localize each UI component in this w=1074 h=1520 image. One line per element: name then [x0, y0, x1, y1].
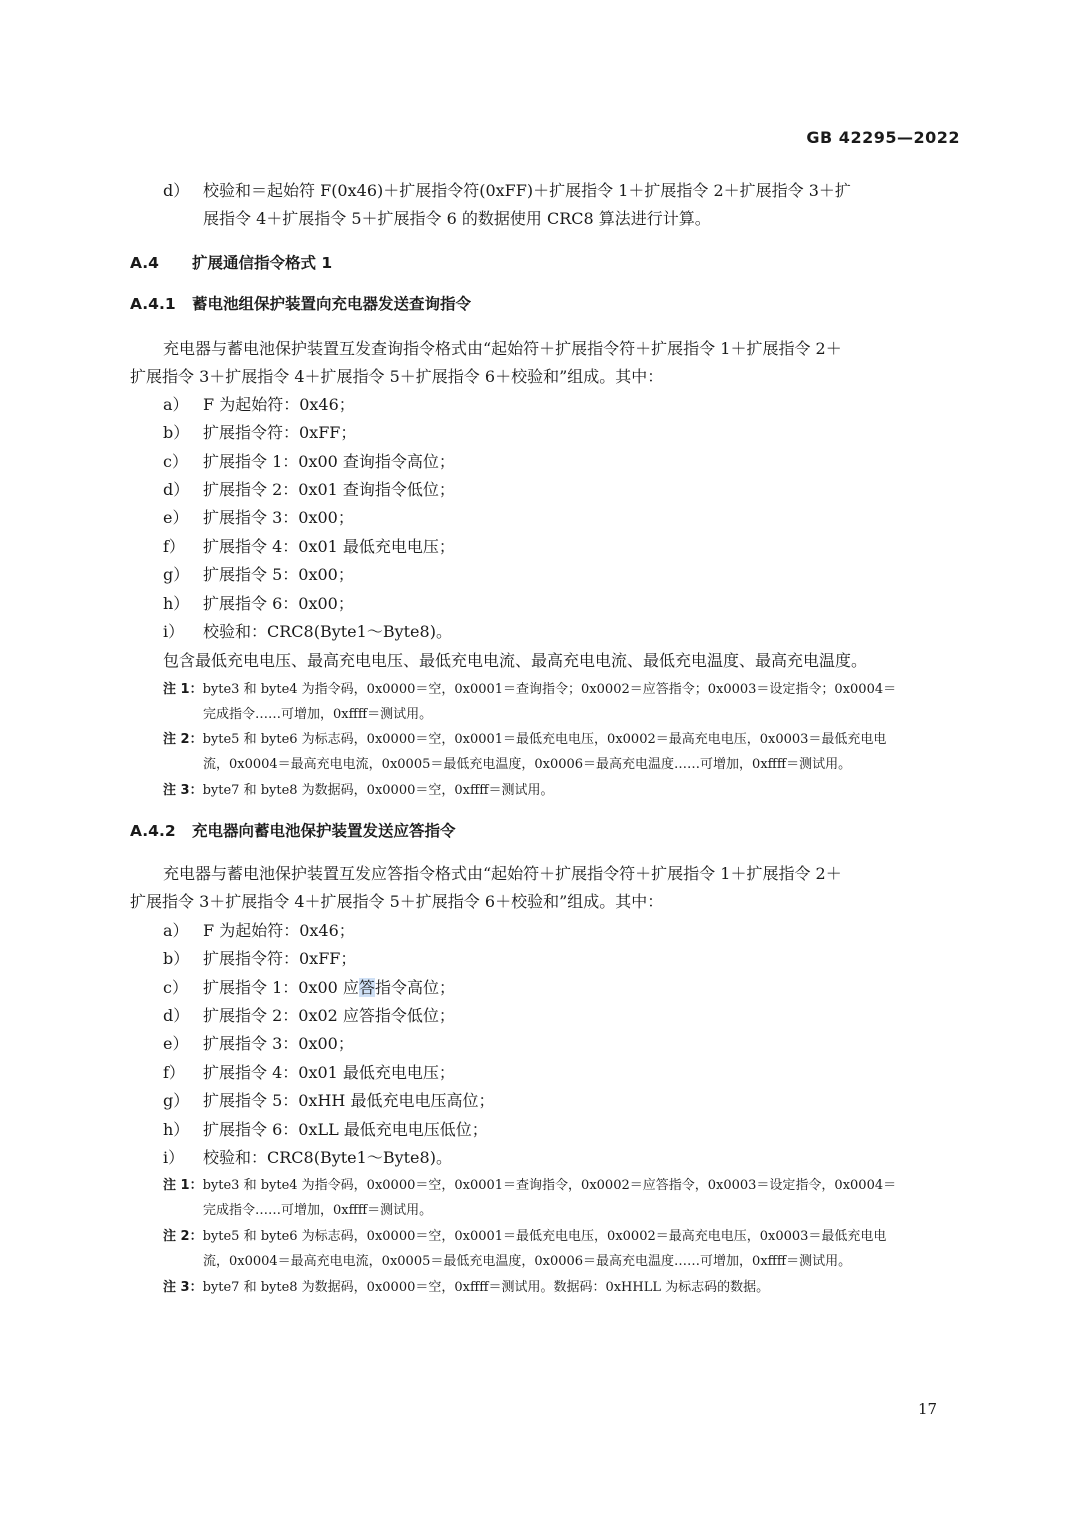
- item-text: F 为起始符：0x46；: [203, 921, 355, 940]
- item-label: d）: [163, 1003, 203, 1026]
- list-item: g）扩展指令 5：0xHH 最低充电电压高位；: [163, 1088, 494, 1111]
- note-1-continuation: 完成指令……可增加，0xffff＝测试用。: [203, 1199, 432, 1218]
- document-page: GB 42295—2022 d）校验和＝起始符 F(0x46)＋扩展指令符(0x…: [0, 0, 1074, 1520]
- page-number: 17: [918, 1400, 937, 1418]
- list-item: d）扩展指令 2：0x01 查询指令低位；: [163, 477, 455, 500]
- note-1: 注 1：byte3 和 byte4 为指令码，0x0000＝空，0x0001＝查…: [163, 678, 896, 697]
- paragraph-line: 充电器与蓄电池保护装置互发查询指令格式由“起始符＋扩展指令符＋扩展指令 1＋扩展…: [163, 336, 842, 359]
- note-tag: 注 2：: [163, 1229, 203, 1244]
- section-heading-a42: A.4.2充电器向蓄电池保护装置发送应答指令: [130, 819, 456, 841]
- list-item: f）扩展指令 4：0x01 最低充电电压；: [163, 534, 455, 557]
- note-text: byte7 和 byte8 为数据码，0x0000＝空，0xffff＝测试用。数…: [203, 1280, 770, 1295]
- note-1-continuation: 完成指令……可增加，0xffff＝测试用。: [203, 703, 432, 722]
- list-item: b）扩展指令符：0xFF；: [163, 420, 356, 443]
- item-label: h）: [163, 1117, 203, 1140]
- item-label: b）: [163, 420, 203, 443]
- note-2: 注 2：byte5 和 byte6 为标志码，0x0000＝空，0x0001＝最…: [163, 728, 886, 747]
- paragraph-line: 扩展指令 3＋扩展指令 4＋扩展指令 5＋扩展指令 6＋校验和”组成。其中：: [130, 889, 663, 912]
- item-text: 扩展指令 4：0x01 最低充电电压；: [203, 1063, 455, 1082]
- item-text: 扩展指令 2：0x01 查询指令低位；: [203, 480, 455, 499]
- item-label: h）: [163, 591, 203, 614]
- list-item: c）扩展指令 1：0x00 查询指令高位；: [163, 449, 455, 472]
- item-label: c）: [163, 449, 203, 472]
- item-text: 扩展指令符：0xFF；: [203, 423, 356, 442]
- item-label: g）: [163, 562, 203, 585]
- note-3: 注 3：byte7 和 byte8 为数据码，0x0000＝空，0xffff＝测…: [163, 1276, 769, 1295]
- item-text: 扩展指令 5：0xHH 最低充电电压高位；: [203, 1091, 494, 1110]
- item-text: 校验和＝起始符 F(0x46)＋扩展指令符(0xFF)＋扩展指令 1＋扩展指令 …: [203, 181, 851, 200]
- item-label: i）: [163, 1145, 203, 1168]
- item-text: 校验和：CRC8(Byte1～Byte8)。: [203, 1148, 452, 1167]
- section-title: 扩展通信指令格式 1: [192, 254, 332, 272]
- list-item: c）扩展指令 1：0x00 应答指令高位；: [163, 975, 455, 998]
- item-text: 扩展指令 5：0x00；: [203, 565, 354, 584]
- section-title: 充电器向蓄电池保护装置发送应答指令: [192, 822, 456, 840]
- note-3: 注 3：byte7 和 byte8 为数据码，0x0000＝空，0xffff＝测…: [163, 779, 553, 798]
- note-1: 注 1：byte3 和 byte4 为指令码，0x0000＝空，0x0001＝查…: [163, 1174, 896, 1193]
- list-item: h）扩展指令 6：0xLL 最低充电电压低位；: [163, 1117, 488, 1140]
- list-item: a）F 为起始符：0x46；: [163, 392, 355, 415]
- note-text: byte5 和 byte6 为标志码，0x0000＝空，0x0001＝最低充电电…: [203, 732, 887, 747]
- item-label: i）: [163, 619, 203, 642]
- item-text: F 为起始符：0x46；: [203, 395, 355, 414]
- list-item: g）扩展指令 5：0x00；: [163, 562, 354, 585]
- note-text: byte7 和 byte8 为数据码，0x0000＝空，0xffff＝测试用。: [203, 783, 554, 798]
- section-title: 蓄电池组保护装置向充电器发送查询指令: [192, 295, 471, 313]
- item-label: a）: [163, 392, 203, 415]
- item-text: 扩展指令符：0xFF；: [203, 949, 356, 968]
- note-text: byte3 和 byte4 为指令码，0x0000＝空，0x0001＝查询指令；…: [203, 682, 897, 697]
- note-tag: 注 1：: [163, 1178, 203, 1193]
- section-number: A.4.1: [130, 295, 192, 313]
- list-item: e）扩展指令 3：0x00；: [163, 1031, 354, 1054]
- item-text: 校验和：CRC8(Byte1～Byte8)。: [203, 622, 452, 641]
- note-2-continuation: 流，0x0004＝最高充电电流，0x0005＝最低充电温度，0x0006＝最高充…: [203, 753, 851, 772]
- item-label: a）: [163, 918, 203, 941]
- item-label: e）: [163, 505, 203, 528]
- section-number: A.4.2: [130, 822, 192, 840]
- item-text: 扩展指令 3：0x00；: [203, 508, 354, 527]
- section-number: A.4: [130, 254, 192, 272]
- note-text: byte3 和 byte4 为指令码，0x0000＝空，0x0001＝查询指令，…: [203, 1178, 897, 1193]
- note-tag: 注 1：: [163, 682, 203, 697]
- list-item: f）扩展指令 4：0x01 最低充电电压；: [163, 1060, 455, 1083]
- list-item: i）校验和：CRC8(Byte1～Byte8)。: [163, 1145, 452, 1168]
- item-text: 扩展指令 3：0x00；: [203, 1034, 354, 1053]
- item-text: 扩展指令 2：0x02 应答指令低位；: [203, 1006, 455, 1025]
- paragraph-line: 充电器与蓄电池保护装置互发应答指令格式由“起始符＋扩展指令符＋扩展指令 1＋扩展…: [163, 861, 842, 884]
- item-label: b）: [163, 946, 203, 969]
- summary-line: 包含最低充电电压、最高充电电压、最低充电电流、最高充电电流、最低充电温度、最高充…: [163, 648, 867, 671]
- list-item: d）扩展指令 2：0x02 应答指令低位；: [163, 1003, 455, 1026]
- item-text: 扩展指令 1：0x00 查询指令高位；: [203, 452, 455, 471]
- section-heading-a41: A.4.1蓄电池组保护装置向充电器发送查询指令: [130, 292, 471, 314]
- text-selection-highlight[interactable]: 答: [359, 978, 375, 997]
- item-label: d）: [163, 178, 203, 201]
- list-item: b）扩展指令符：0xFF；: [163, 946, 356, 969]
- note-2: 注 2：byte5 和 byte6 为标志码，0x0000＝空，0x0001＝最…: [163, 1225, 886, 1244]
- note-2-continuation: 流，0x0004＝最高充电电流，0x0005＝最低充电温度，0x0006＝最高充…: [203, 1250, 851, 1269]
- item-text: 扩展指令 1：0x00 应: [203, 978, 359, 997]
- paragraph-line: 扩展指令 3＋扩展指令 4＋扩展指令 5＋扩展指令 6＋校验和”组成。其中：: [130, 364, 663, 387]
- item-label: g）: [163, 1088, 203, 1111]
- note-text: byte5 和 byte6 为标志码，0x0000＝空，0x0001＝最低充电电…: [203, 1229, 887, 1244]
- list-item: i）校验和：CRC8(Byte1～Byte8)。: [163, 619, 452, 642]
- item-label: d）: [163, 477, 203, 500]
- item-label: e）: [163, 1031, 203, 1054]
- item-text: 扩展指令 4：0x01 最低充电电压；: [203, 537, 455, 556]
- intro-list-item: d）校验和＝起始符 F(0x46)＋扩展指令符(0xFF)＋扩展指令 1＋扩展指…: [163, 178, 851, 201]
- list-item: e）扩展指令 3：0x00；: [163, 505, 354, 528]
- note-tag: 注 2：: [163, 732, 203, 747]
- item-text: 扩展指令 6：0xLL 最低充电电压低位；: [203, 1120, 488, 1139]
- section-heading-a4: A.4扩展通信指令格式 1: [130, 251, 332, 273]
- item-label: f）: [163, 534, 203, 557]
- standard-code: GB 42295—2022: [806, 128, 960, 147]
- item-label: c）: [163, 975, 203, 998]
- list-item: a）F 为起始符：0x46；: [163, 918, 355, 941]
- note-tag: 注 3：: [163, 783, 203, 798]
- note-tag: 注 3：: [163, 1280, 203, 1295]
- item-label: f）: [163, 1060, 203, 1083]
- intro-item-continuation: 展指令 4＋扩展指令 5＋扩展指令 6 的数据使用 CRC8 算法进行计算。: [203, 206, 711, 229]
- list-item: h）扩展指令 6：0x00；: [163, 591, 354, 614]
- item-text: 扩展指令 6：0x00；: [203, 594, 354, 613]
- item-text: 指令高位；: [375, 978, 455, 997]
